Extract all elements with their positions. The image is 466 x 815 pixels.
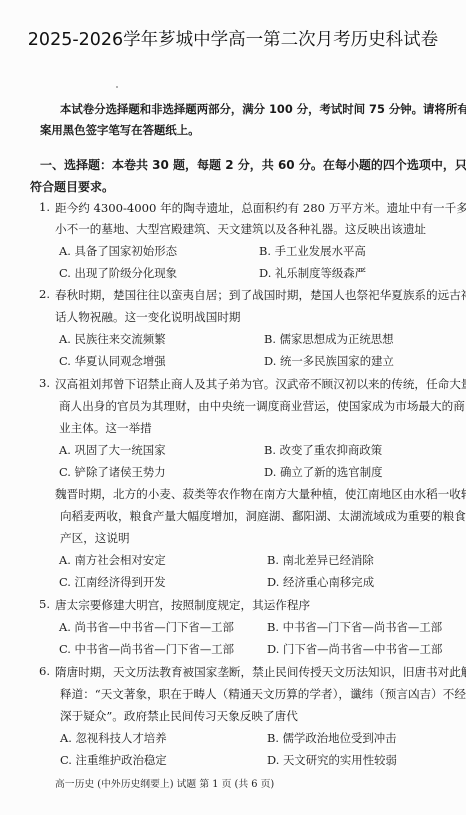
- option-b: B. 改变了重农抑商政策: [264, 442, 382, 458]
- option-c: C. 中书省—尚书省—门下省—工部: [59, 641, 234, 657]
- question-stem-line: 小不一的墓地、大型宫殿建筑、天文建筑以及各种礼器。这反映出该遗址: [55, 221, 426, 237]
- option-c: C. 注重维护政治稳定: [60, 752, 167, 768]
- question-number: 6.: [39, 664, 50, 678]
- exam-page: 2025-2026学年芗城中学高一第二次月考历史科试卷 本试卷分选择题和非选择题…: [0, 0, 466, 815]
- option-a: A. 巩固了大一统国家: [59, 442, 166, 458]
- question-stem-line: 汉高祖刘邦曾下诏禁止商人及其子弟为官。汉武帝不顾汉初以来的传统，任命大量: [55, 376, 466, 392]
- option-a: A. 忽视科技人才培养: [60, 730, 167, 746]
- question-number: 5.: [39, 597, 50, 611]
- question-number: 2.: [39, 287, 50, 301]
- option-a: A. 民族往来交流频繁: [59, 331, 166, 347]
- option-d: D. 统一多民族国家的建立: [264, 353, 394, 369]
- option-d: D. 礼乐制度等级森严: [259, 265, 366, 281]
- exam-title: 2025-2026学年芗城中学高一第二次月考历史科试卷: [0, 26, 466, 51]
- question-stem-line: 春秋时期，楚国往往以蛮夷自居；到了战国时期，楚国人也祭祀华夏族系的远古神: [55, 287, 466, 303]
- option-b: B. 儒家思想成为正统思想: [264, 331, 394, 347]
- option-c: C. 出现了阶级分化现象: [59, 265, 177, 281]
- question-stem-line: 话人物祝融。这一变化说明战国时期: [55, 309, 241, 325]
- scan-speck: [116, 86, 118, 88]
- question-stem-line: 业主体。这一举措: [59, 420, 152, 436]
- section-heading-line-2: 符合题目要求。: [30, 178, 114, 195]
- question-stem-line: 唐太宗要修建大明宫，按照制度规定，其运作程序: [55, 597, 310, 613]
- instructions-line-1: 本试卷分选择题和非选择题两部分，满分 100 分，考试时间 75 分钟。请将所有…: [60, 101, 466, 117]
- question-stem-line: 魏晋时期，北方的小麦、菽类等农作物在南方大量种植，使江南地区由水稻一收转: [55, 486, 466, 502]
- option-d: D. 天文研究的实用性较弱: [267, 752, 397, 768]
- option-d: D. 经济重心南移完成: [267, 574, 374, 590]
- option-c: C. 铲除了诸侯王势力: [59, 464, 166, 480]
- question-stem-line: 向稻麦两收，粮食产量大幅度增加，洞庭湖、鄱阳湖、太湖流域成为重要的粮食: [60, 508, 466, 524]
- option-d: D. 确立了新的选官制度: [264, 464, 382, 480]
- question-stem-line: 释道：“天文著象，职在于畴人（精通天文历算的学者），谶纬（预言凶吉）不经，: [60, 686, 466, 702]
- question-stem-line: 隋唐时期，天文历法教育被国家垄断，禁止民间传授天文历法知识，旧唐书对此解: [55, 664, 466, 680]
- option-c: C. 江南经济得到开发: [59, 574, 166, 590]
- option-b: B. 儒学政治地位受到冲击: [267, 730, 397, 746]
- option-b: B. 中书省—门下省—尚书省—工部: [267, 619, 442, 635]
- option-a: A. 尚书省—中书省—门下省—工部: [59, 619, 234, 635]
- question-stem-line: 距今约 4300-4000 年的陶寺遗址，总面积约有 280 万平方米。遗址中有…: [55, 200, 466, 216]
- question-stem-line: 产区，这说明: [60, 530, 130, 546]
- option-a: A. 南方社会相对安定: [59, 552, 166, 568]
- instructions-line-2: 案用黑色签字笔写在答题纸上。: [40, 122, 199, 138]
- option-b: B. 手工业发展水平高: [259, 243, 366, 259]
- page-footer: 高一历史 (中外历史纲要上) 试题 第 1 页 (共 6 页): [55, 776, 274, 790]
- option-b: B. 南北差异已经消除: [267, 552, 374, 568]
- question-stem-line: 商人出身的官员为其理财，由中央统一调度商业营运，使国家成为市场最大的商: [59, 398, 465, 414]
- option-c: C. 华夏认同观念增强: [59, 353, 166, 369]
- question-stem-line: 深于疑众”。政府禁止民间传习天象反映了唐代: [60, 708, 298, 724]
- option-a: A. 具备了国家初始形态: [59, 243, 177, 259]
- section-heading-line-1: 一、选择题：本卷共 30 题，每题 2 分，共 60 分。在每小题的四个选项中，…: [40, 156, 466, 173]
- question-number: 1.: [39, 200, 50, 214]
- option-d: D. 门下省—尚书省—中书省—工部: [267, 641, 442, 657]
- question-number: 3.: [39, 376, 50, 390]
